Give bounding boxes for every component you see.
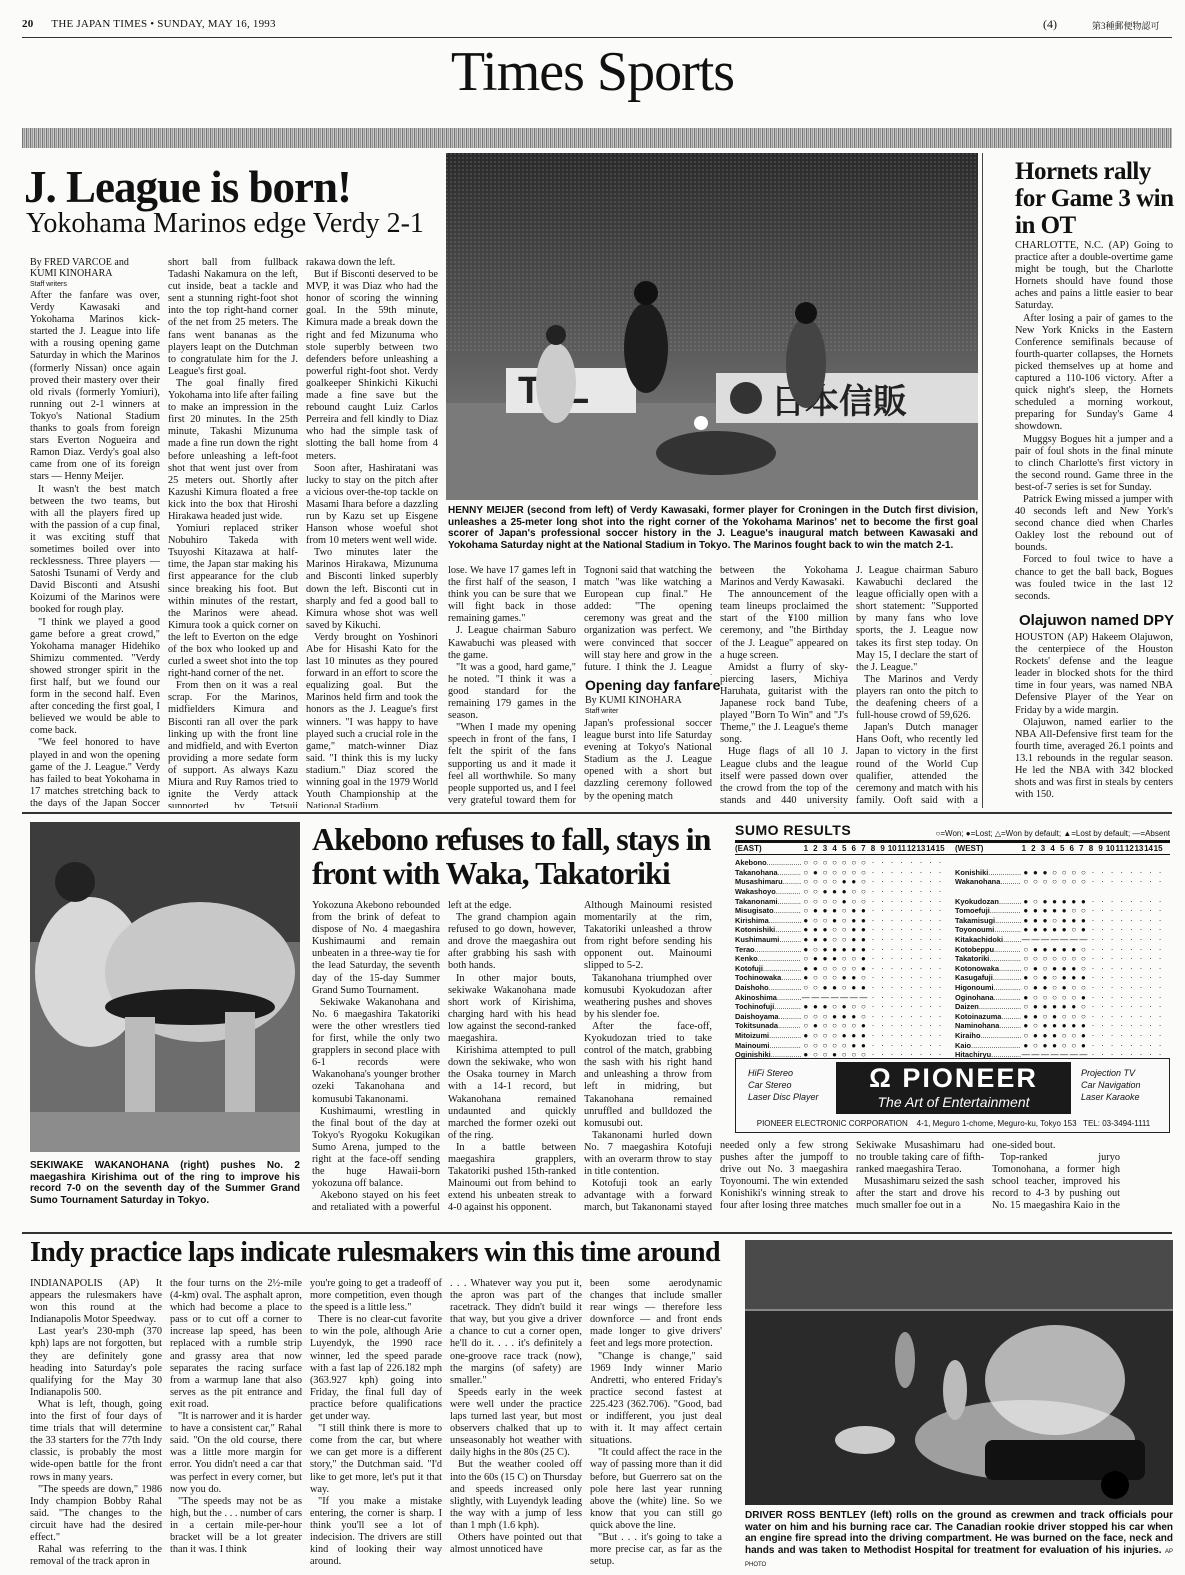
- wrestler-row: Takanonami○○○○●○○········: [735, 896, 955, 906]
- wrestler-row: Naminohana●○●●●●●········: [955, 1021, 1170, 1031]
- wrestler-row: Mainoumi○○○○○●●········: [735, 1040, 955, 1050]
- wrestler-row: Oginohana●○○○○○●········: [955, 992, 1170, 1002]
- soccer-photo-caption: HENNY MEIJER (second from left) of Verdy…: [448, 505, 978, 551]
- omega-tuning-fork-icon: Ω: [869, 1063, 902, 1093]
- wrestler-row: Kenko○●●●○○●········: [735, 954, 955, 964]
- paragraph: one-sided bout.: [992, 1140, 1120, 1152]
- wrestler-results: ○○○○○○○········: [1021, 954, 1165, 963]
- wrestler-results: ○○○○●○○········: [801, 897, 945, 906]
- wrestler-row: Akebono○○○○○○○········: [735, 858, 955, 868]
- wrestler-results: ○○○○○○○········: [801, 858, 945, 867]
- wrestler-results: ○○○○○○○········: [1021, 877, 1165, 886]
- sumo-col-6: one-sided bout.Top-ranked juryo Tomonoha…: [992, 1140, 1120, 1212]
- paragraph: "When I made my opening speech in front …: [448, 722, 576, 808]
- paragraph: Musashimaru seized the sash after the st…: [856, 1176, 984, 1212]
- wrestler-name: Oginohana: [955, 993, 1021, 1002]
- wrestler-name: Misugisato: [735, 906, 801, 915]
- paragraph: After losing a pair of games to the New …: [1015, 313, 1173, 434]
- wrestler-results: ●●●○●●●········: [1021, 916, 1165, 925]
- pioneer-ad[interactable]: HiFi Stereo Car Stereo Laser Disc Player…: [735, 1058, 1170, 1133]
- wrestler-name: Kotobeppu: [955, 945, 1021, 954]
- wrestler-row: Kasugafuji●○●○●●●········: [955, 973, 1170, 983]
- wrestler-row: Konishiki●●●○○○○········: [955, 868, 1170, 878]
- wrestler-results: ○○●●○●●········: [801, 983, 945, 992]
- indy-col-1: INDIANAPOLIS (AP) It appears the rulesma…: [30, 1278, 162, 1568]
- indy-headline: Indy practice laps indicate rulesmakers …: [30, 1237, 720, 1269]
- paragraph: Others have pointed out that almost unno…: [450, 1532, 582, 1556]
- wrestler-name: Konishiki: [955, 868, 1021, 877]
- masthead-band: [22, 128, 1172, 148]
- paragraph: In a battle between maegashira grapplers…: [448, 1142, 576, 1212]
- wrestler-name: Kotonishiki: [735, 925, 801, 934]
- sumo-headline: Akebono refuses to fall, stays in front …: [312, 822, 722, 890]
- paragraph: between the Yokohama Marinos and Verdy K…: [720, 565, 848, 589]
- soccer-photo-image: TAL 日本信販: [446, 153, 978, 500]
- sumo-results-title: SUMO RESULTS: [735, 822, 851, 838]
- paragraph: INDIANAPOLIS (AP) It appears the rulesma…: [30, 1278, 162, 1326]
- sumo-results-table: SUMO RESULTS ○=Won; ●=Lost; △=Won by def…: [735, 822, 1170, 1059]
- wrestler-row: Takatoriki○○○○○○○········: [955, 954, 1170, 964]
- paragraph: "It is narrower and it is harder to have…: [170, 1411, 302, 1496]
- paragraph: Verdy brought on Yoshinori Abe for Hisas…: [306, 632, 438, 808]
- paragraph: The announcement of the team lineups pro…: [720, 589, 848, 662]
- paragraph: Kirishima attempted to pull down the sek…: [448, 1045, 576, 1142]
- wrestler-row: [955, 858, 1170, 868]
- paragraph: Kushimaumi, wrestling in the final bout …: [312, 1106, 440, 1191]
- indy-photo: [745, 1240, 1173, 1505]
- wrestler-name: Takamisugi: [955, 916, 1021, 925]
- wrestler-row: Kotonishiki●●●○○●●········: [735, 925, 955, 935]
- wrestler-name: Naminohana: [955, 1021, 1021, 1030]
- paragraph: In other major bouts, sekiwake Wakanohan…: [448, 973, 576, 1046]
- fanfare-byline: By KUMI KINOHARA Staff writer: [585, 695, 682, 717]
- wrestler-row: Kirishima●○○●○●●········: [735, 916, 955, 926]
- paragraph: Last year's 230-mph (370 kph) laps are n…: [30, 1326, 162, 1399]
- wrestler-row: Kotoinazuma●●○●○○○········: [955, 1012, 1170, 1022]
- wrestler-name: Kenko: [735, 954, 801, 963]
- wrestler-name: Wakashoyo: [735, 887, 801, 896]
- wrestler-results: ○○○●●●○········: [801, 1012, 945, 1021]
- paragraph: Japan's professional soccer league burst…: [584, 718, 712, 803]
- pioneer-logo: Ω PIONEER The Art of Entertainment: [836, 1062, 1071, 1114]
- paragraph: Sekiwake Musashimaru had no trouble taki…: [856, 1140, 984, 1176]
- paragraph: J. League chairman Saburo Kawabuchi was …: [448, 625, 576, 661]
- sumo-photo: [30, 822, 300, 1152]
- wrestler-name: Kiraiho: [955, 1031, 1021, 1040]
- paragraph: Two minutes later the Marinos Hirakawa, …: [306, 547, 438, 632]
- wrestler-results: ○●○○○○○········: [801, 868, 945, 877]
- paragraph: After the fanfare was over, Verdy Kawasa…: [30, 290, 160, 484]
- wrestler-row: Tochinowaka●○○○●●○········: [735, 973, 955, 983]
- ad-left-list: HiFi Stereo Car Stereo Laser Disc Player: [748, 1067, 819, 1103]
- wrestler-results: ●○○○○○●········: [1021, 993, 1165, 1002]
- wrestler-name: Higonoumi: [955, 983, 1021, 992]
- paragraph: needed only a few strong pushes after th…: [720, 1140, 848, 1212]
- olajuwon-subhead: Olajuwon named DPY: [1019, 612, 1174, 629]
- page-number: 20: [22, 18, 33, 30]
- wrestler-results: ●●●○○●●········: [801, 935, 945, 944]
- wrestler-results: ●○○●○●●········: [801, 916, 945, 925]
- indy-col-4: . . . Whatever way you put it, the apron…: [450, 1278, 582, 1568]
- sumo-col-1: Yokozuna Akebono rebounded from the brin…: [312, 900, 440, 1212]
- wrestler-name: Takanohana: [735, 868, 801, 877]
- wrestler-name: Kyokudozan: [955, 897, 1021, 906]
- page-folio: 20THE JAPAN TIMES • SUNDAY, MAY 16, 1993: [22, 18, 276, 30]
- sumo-east-list: Akebono○○○○○○○········Takanohana○●○○○○○·…: [735, 858, 955, 1059]
- paragraph: Soon after, Hashiratani was lucky to sta…: [306, 463, 438, 548]
- wrestler-results: ○●○○○○●········: [801, 1021, 945, 1030]
- paragraph: Although Mainoumi resisted momentarily a…: [584, 900, 712, 973]
- paragraph: "But . . . it's going to take a more pre…: [590, 1532, 722, 1568]
- wrestler-results: ○●○●●●○········: [1021, 964, 1165, 973]
- wrestler-row: Kushimaumi●●●○○●●········: [735, 935, 955, 945]
- paragraph: "The speeds are down," 1986 Indy champio…: [30, 1484, 162, 1544]
- wrestler-results: ●○●○●●●········: [1021, 973, 1165, 982]
- wrestler-row: Tochinofuji●●●○●○○········: [735, 1002, 955, 1012]
- paragraph: "Change is change," said 1969 Indy winne…: [590, 1351, 722, 1448]
- wrestler-row: Kitakachidoki———————········: [955, 935, 1170, 945]
- wrestler-name: Kotonowaka: [955, 964, 1021, 973]
- wrestler-name: Tochinofuji: [735, 1002, 801, 1011]
- paragraph: HOUSTON (AP) Hakeem Olajuwon, the center…: [1015, 632, 1173, 717]
- paragraph: There is no clear-cut favorite to win th…: [310, 1314, 442, 1423]
- wrestler-results: ○●●○●○○········: [1021, 983, 1165, 992]
- paragraph: The Marinos and Verdy players ran onto t…: [856, 674, 978, 722]
- wrestler-row: Tokitsunada○●○○○○●········: [735, 1021, 955, 1031]
- jleague-deck: Yokohama Marinos edge Verdy 2-1: [26, 210, 424, 238]
- wrestler-row: Mitoizumi●○○○●●●········: [735, 1031, 955, 1041]
- wrestler-row: Wakanohana○○○○○○○········: [955, 877, 1170, 887]
- wrestler-results: ○○○○●●○········: [801, 877, 945, 886]
- paragraph: rakawa down the left.: [306, 257, 438, 269]
- wrestler-row: Higonoumi○●●○●○○········: [955, 983, 1170, 993]
- wrestler-row: Takanohana○●○○○○○········: [735, 868, 955, 878]
- jleague-col-3: rakawa down the left.But if Bisconti des…: [306, 257, 438, 808]
- paragraph: Yomiuri replaced striker Nobuhiro Takeda…: [168, 523, 298, 680]
- wrestler-name: Akinoshima: [735, 993, 801, 1002]
- wrestler-results: ○●●●○○●········: [801, 954, 945, 963]
- paragraph: Akebono stayed on his feet and retaliate…: [312, 1190, 440, 1212]
- fanfare-col-2: between the Yokohama Marinos and Verdy K…: [720, 565, 848, 808]
- paragraph: "I still think there is more to come fro…: [310, 1423, 442, 1496]
- wrestler-name: Kotofuji: [735, 964, 801, 973]
- wrestler-results: ○○●●●○○········: [801, 887, 945, 896]
- paragraph: Japan's Dutch manager Hans Ooft, who rec…: [856, 722, 978, 808]
- paragraph: Takanohana triumphed over komusubi Kyoku…: [584, 973, 712, 1021]
- paragraph: CHARLOTTE, N.C. (AP) Going to practice a…: [1015, 240, 1173, 313]
- sumo-results-legend: ○=Won; ●=Lost; △=Won by default; ▲=Lost …: [936, 829, 1170, 838]
- paragraph: Huge flags of all 10 J. League clubs and…: [720, 746, 848, 808]
- wrestler-name: Wakanohana: [955, 877, 1021, 886]
- paragraph: Kotofuji took an early advantage with a …: [584, 1178, 712, 1212]
- paragraph: you're going to get a tradeoff of more c…: [310, 1278, 442, 1314]
- section-rule-1: [22, 812, 1172, 814]
- jleague-col-5: Tognoni said that watching the match "wa…: [584, 565, 712, 675]
- jleague-col-1: After the fanfare was over, Verdy Kawasa…: [30, 290, 160, 808]
- wrestler-results: ●●○○○○●········: [801, 964, 945, 973]
- paragraph: Olajuwon, named earlier to the NBA All-D…: [1015, 717, 1173, 802]
- paragraph: short ball from fullback Tadashi Nakamur…: [168, 257, 298, 378]
- wrestler-results: ●●●●●○○········: [1021, 906, 1165, 915]
- indy-col-2: the four turns on the 2½-mile (4-km) ova…: [170, 1278, 302, 1568]
- paragraph: . . . Whatever way you put it, the apron…: [450, 1278, 582, 1387]
- paragraph: Tognoni said that watching the match "wa…: [584, 565, 712, 675]
- wrestler-name: Tochinowaka: [735, 973, 801, 982]
- wrestler-name: Takatoriki: [955, 954, 1021, 963]
- paragraph: Top-ranked juryo Tomonohana, a former hi…: [992, 1152, 1120, 1212]
- paragraph: The goal finally fired Yokohama into lif…: [168, 378, 298, 523]
- wrestler-results: ○●●●○○●········: [1021, 1031, 1165, 1040]
- paragraph: Speeds early in the week were well under…: [450, 1387, 582, 1460]
- wrestler-name: Toyonoumi: [955, 925, 1021, 934]
- paragraph: "We feel honored to have played in and w…: [30, 737, 160, 808]
- wrestler-name: Kotoinazuma: [955, 1012, 1021, 1021]
- wrestler-row: Takamisugi●●●○●●●········: [955, 916, 1170, 926]
- fanfare-col-1: Japan's professional soccer league burst…: [584, 718, 712, 808]
- wrestler-row: Kiraiho○●●●○○●········: [955, 1031, 1170, 1041]
- hornets-headline: Hornets rally for Game 3 win in OT: [1015, 158, 1175, 239]
- paragraph: "It could affect the race in the way of …: [590, 1447, 722, 1532]
- wrestler-results: ●○○○●●○········: [801, 973, 945, 982]
- indy-photo-image: [745, 1240, 1173, 1505]
- wrestler-row: Kotobeppu○●●●●●○········: [955, 944, 1170, 954]
- wrestler-results: ●○○○●●●········: [801, 1031, 945, 1040]
- wrestler-name: Kitakachidoki: [955, 935, 1021, 944]
- wrestler-results: ———————········: [1021, 935, 1165, 944]
- wrestler-row: Daizen○●●●●●○········: [955, 1002, 1170, 1012]
- paragraph: After the face-off, Kyokudozan tried to …: [584, 1021, 712, 1130]
- wrestler-results: ●●●○○○○········: [1021, 868, 1165, 877]
- paragraph: "It was a good, hard game," he noted. "I…: [448, 662, 576, 722]
- paragraph: Takanonami hurled down No. 7 maegashira …: [584, 1130, 712, 1178]
- wrestler-name: Musashimaru: [735, 877, 801, 886]
- paragraph: What is left, though, going into the fir…: [30, 1399, 162, 1484]
- fanfare-col-3: J. League chairman Saburo Kawabuchi decl…: [856, 565, 978, 808]
- wrestler-name: Terao: [735, 945, 801, 954]
- paragraph: The grand champion again refused to go d…: [448, 912, 576, 972]
- wrestler-results: ○○○○○●●········: [801, 1041, 945, 1050]
- wrestler-row: Misugisato○●●●○●●········: [735, 906, 955, 916]
- wrestler-results: ○●●●●●○········: [1021, 945, 1165, 954]
- wrestler-row: Toyonoumi●●●●●○●········: [955, 925, 1170, 935]
- sumo-col-3: Although Mainoumi resisted momentarily a…: [584, 900, 712, 1212]
- wrestler-name: Tomoefuji: [955, 906, 1021, 915]
- soccer-photo: TAL 日本信販: [446, 153, 978, 500]
- wrestler-row: Tomoefuji●●●●●○○········: [955, 906, 1170, 916]
- wrestler-row: Terao●○●●●●●········: [735, 944, 955, 954]
- paragraph: J. League chairman Saburo Kawabuchi decl…: [856, 565, 978, 674]
- paragraph: the four turns on the 2½-mile (4-km) ova…: [170, 1278, 302, 1411]
- paragraph: been some aerodynamic changes that inclu…: [590, 1278, 722, 1351]
- edition-number: (4): [1043, 17, 1057, 32]
- indy-photo-caption: DRIVER ROSS BENTLEY (left) rolls on the …: [745, 1510, 1173, 1572]
- section-rule-2: [22, 1232, 1172, 1234]
- paragraph: Rahal was referring to the removal of th…: [30, 1544, 162, 1568]
- wrestler-name: Kaio: [955, 1041, 1021, 1050]
- jleague-byline: By FRED VARCOE and KUMI KINOHARA Staff w…: [30, 257, 140, 290]
- sumo-west-list: Konishiki●●●○○○○········Wakanohana○○○○○○…: [955, 858, 1170, 1059]
- paragraph: "The speeds may not be as high, but the …: [170, 1496, 302, 1556]
- jleague-col-4: lose. We have 17 games left in the first…: [448, 565, 576, 808]
- wrestler-name: Daishoyama: [735, 1012, 801, 1021]
- sumo-results-header: (EAST) 123456789101112131415 (WEST) 1234…: [735, 843, 1170, 855]
- wrestler-results: ●●○●○○○········: [1021, 1012, 1165, 1021]
- paragraph: left at the edge.: [448, 900, 576, 912]
- indy-col-3: you're going to get a tradeoff of more c…: [310, 1278, 442, 1568]
- sidebar-rule: [982, 153, 983, 808]
- wrestler-row: Akinoshima———————········: [735, 992, 955, 1002]
- sumo-photo-image: [30, 822, 300, 1152]
- wrestler-results: ●○●●●●●········: [1021, 1021, 1165, 1030]
- section-masthead: Times Sports: [0, 40, 1185, 104]
- wrestler-row: Musashimaru○○○○●●○········: [735, 877, 955, 887]
- paragraph: Amidst a flurry of sky-piercing lasers, …: [720, 662, 848, 747]
- sumo-col-4: needed only a few strong pushes after th…: [720, 1140, 848, 1212]
- wrestler-name: Daishoho: [735, 983, 801, 992]
- wrestler-row: Kaio●○●●○○●········: [955, 1040, 1170, 1050]
- paragraph: But the weather cooled off into the 60s …: [450, 1459, 582, 1532]
- ad-footer: PIONEER ELECTRONIC CORPORATION 4-1, Megu…: [736, 1119, 1171, 1128]
- wrestler-name: Daizen: [955, 1002, 1021, 1011]
- paragraph: It wasn't the best match between the two…: [30, 484, 160, 617]
- indy-col-5: been some aerodynamic changes that inclu…: [590, 1278, 722, 1568]
- wrestler-row: Kyokudozan●○●●●●●········: [955, 896, 1170, 906]
- ad-right-list: Projection TV Car Navigation Laser Karao…: [1081, 1067, 1141, 1103]
- wrestler-name: Kasugafuji: [955, 973, 1021, 982]
- wrestler-row: [955, 887, 1170, 897]
- fanfare-subhead: Opening day fanfare: [585, 677, 720, 693]
- wrestler-row: Daishoyama○○○●●●○········: [735, 1012, 955, 1022]
- jleague-headline: J. League is born!: [24, 165, 351, 210]
- wrestler-name: Akebono: [735, 858, 801, 867]
- paragraph: Sekiwake Wakanohana and No. 6 maegashira…: [312, 997, 440, 1106]
- jleague-col-2: short ball from fullback Tadashi Nakamur…: [168, 257, 298, 808]
- wrestler-row: Daishoho○○●●○●●········: [735, 983, 955, 993]
- wrestler-results: ———————········: [801, 993, 945, 1002]
- paragraph: "If you make a mistake entering, the cor…: [310, 1496, 442, 1568]
- olajuwon-body: HOUSTON (AP) Hakeem Olajuwon, the center…: [1015, 632, 1173, 808]
- postal-note: 第3種郵便物認可: [1092, 19, 1160, 32]
- wrestler-row: Kotofuji●●○○○○●········: [735, 964, 955, 974]
- sumo-col-5: Sekiwake Musashimaru had no trouble taki…: [856, 1140, 984, 1212]
- wrestler-results: ●○●●○○●········: [1021, 1041, 1165, 1050]
- paragraph: Patrick Ewing missed a jumper with 40 se…: [1015, 494, 1173, 554]
- wrestler-name: Kushimaumi: [735, 935, 801, 944]
- wrestler-name: Mitoizumi: [735, 1031, 801, 1040]
- wrestler-results: ●●●●●○●········: [1021, 925, 1165, 934]
- paragraph: Forced to foul twice to have a chance to…: [1015, 554, 1173, 602]
- wrestler-results: ●●●○○●●········: [801, 925, 945, 934]
- wrestler-name: Tokitsunada: [735, 1021, 801, 1030]
- paragraph: Muggsy Bogues hit a jumper and a pair of…: [1015, 434, 1173, 494]
- paragraph: "I think we played a good game before a …: [30, 617, 160, 738]
- paragraph: From then on it was a real scrap. For th…: [168, 680, 298, 808]
- top-rule: [22, 37, 1172, 38]
- wrestler-row: Wakashoyo○○●●●○○········: [735, 887, 955, 897]
- wrestler-name: Kirishima: [735, 916, 801, 925]
- wrestler-results: ●○●●●●●········: [1021, 897, 1165, 906]
- paper-dateline: THE JAPAN TIMES • SUNDAY, MAY 16, 1993: [51, 18, 275, 30]
- wrestler-results: ○●●●○●●········: [801, 906, 945, 915]
- wrestler-results: ●●●○●○○········: [801, 1002, 945, 1011]
- sumo-photo-caption: SEKIWAKE WAKANOHANA (right) pushes No. 2…: [30, 1160, 300, 1206]
- sumo-col-2: left at the edge.The grand champion agai…: [448, 900, 576, 1212]
- paragraph: lose. We have 17 games left in the first…: [448, 565, 576, 625]
- paragraph: But if Bisconti deserved to be MVP, it w…: [306, 269, 438, 463]
- wrestler-results: ○●●●●●○········: [1021, 1002, 1165, 1011]
- hornets-body: CHARLOTTE, N.C. (AP) Going to practice a…: [1015, 240, 1173, 610]
- paragraph: Yokozuna Akebono rebounded from the brin…: [312, 900, 440, 997]
- wrestler-name: Mainoumi: [735, 1041, 801, 1050]
- wrestler-results: ●○●●●●●········: [801, 945, 945, 954]
- wrestler-name: Takanonami: [735, 897, 801, 906]
- wrestler-row: Kotonowaka○●○●●●○········: [955, 964, 1170, 974]
